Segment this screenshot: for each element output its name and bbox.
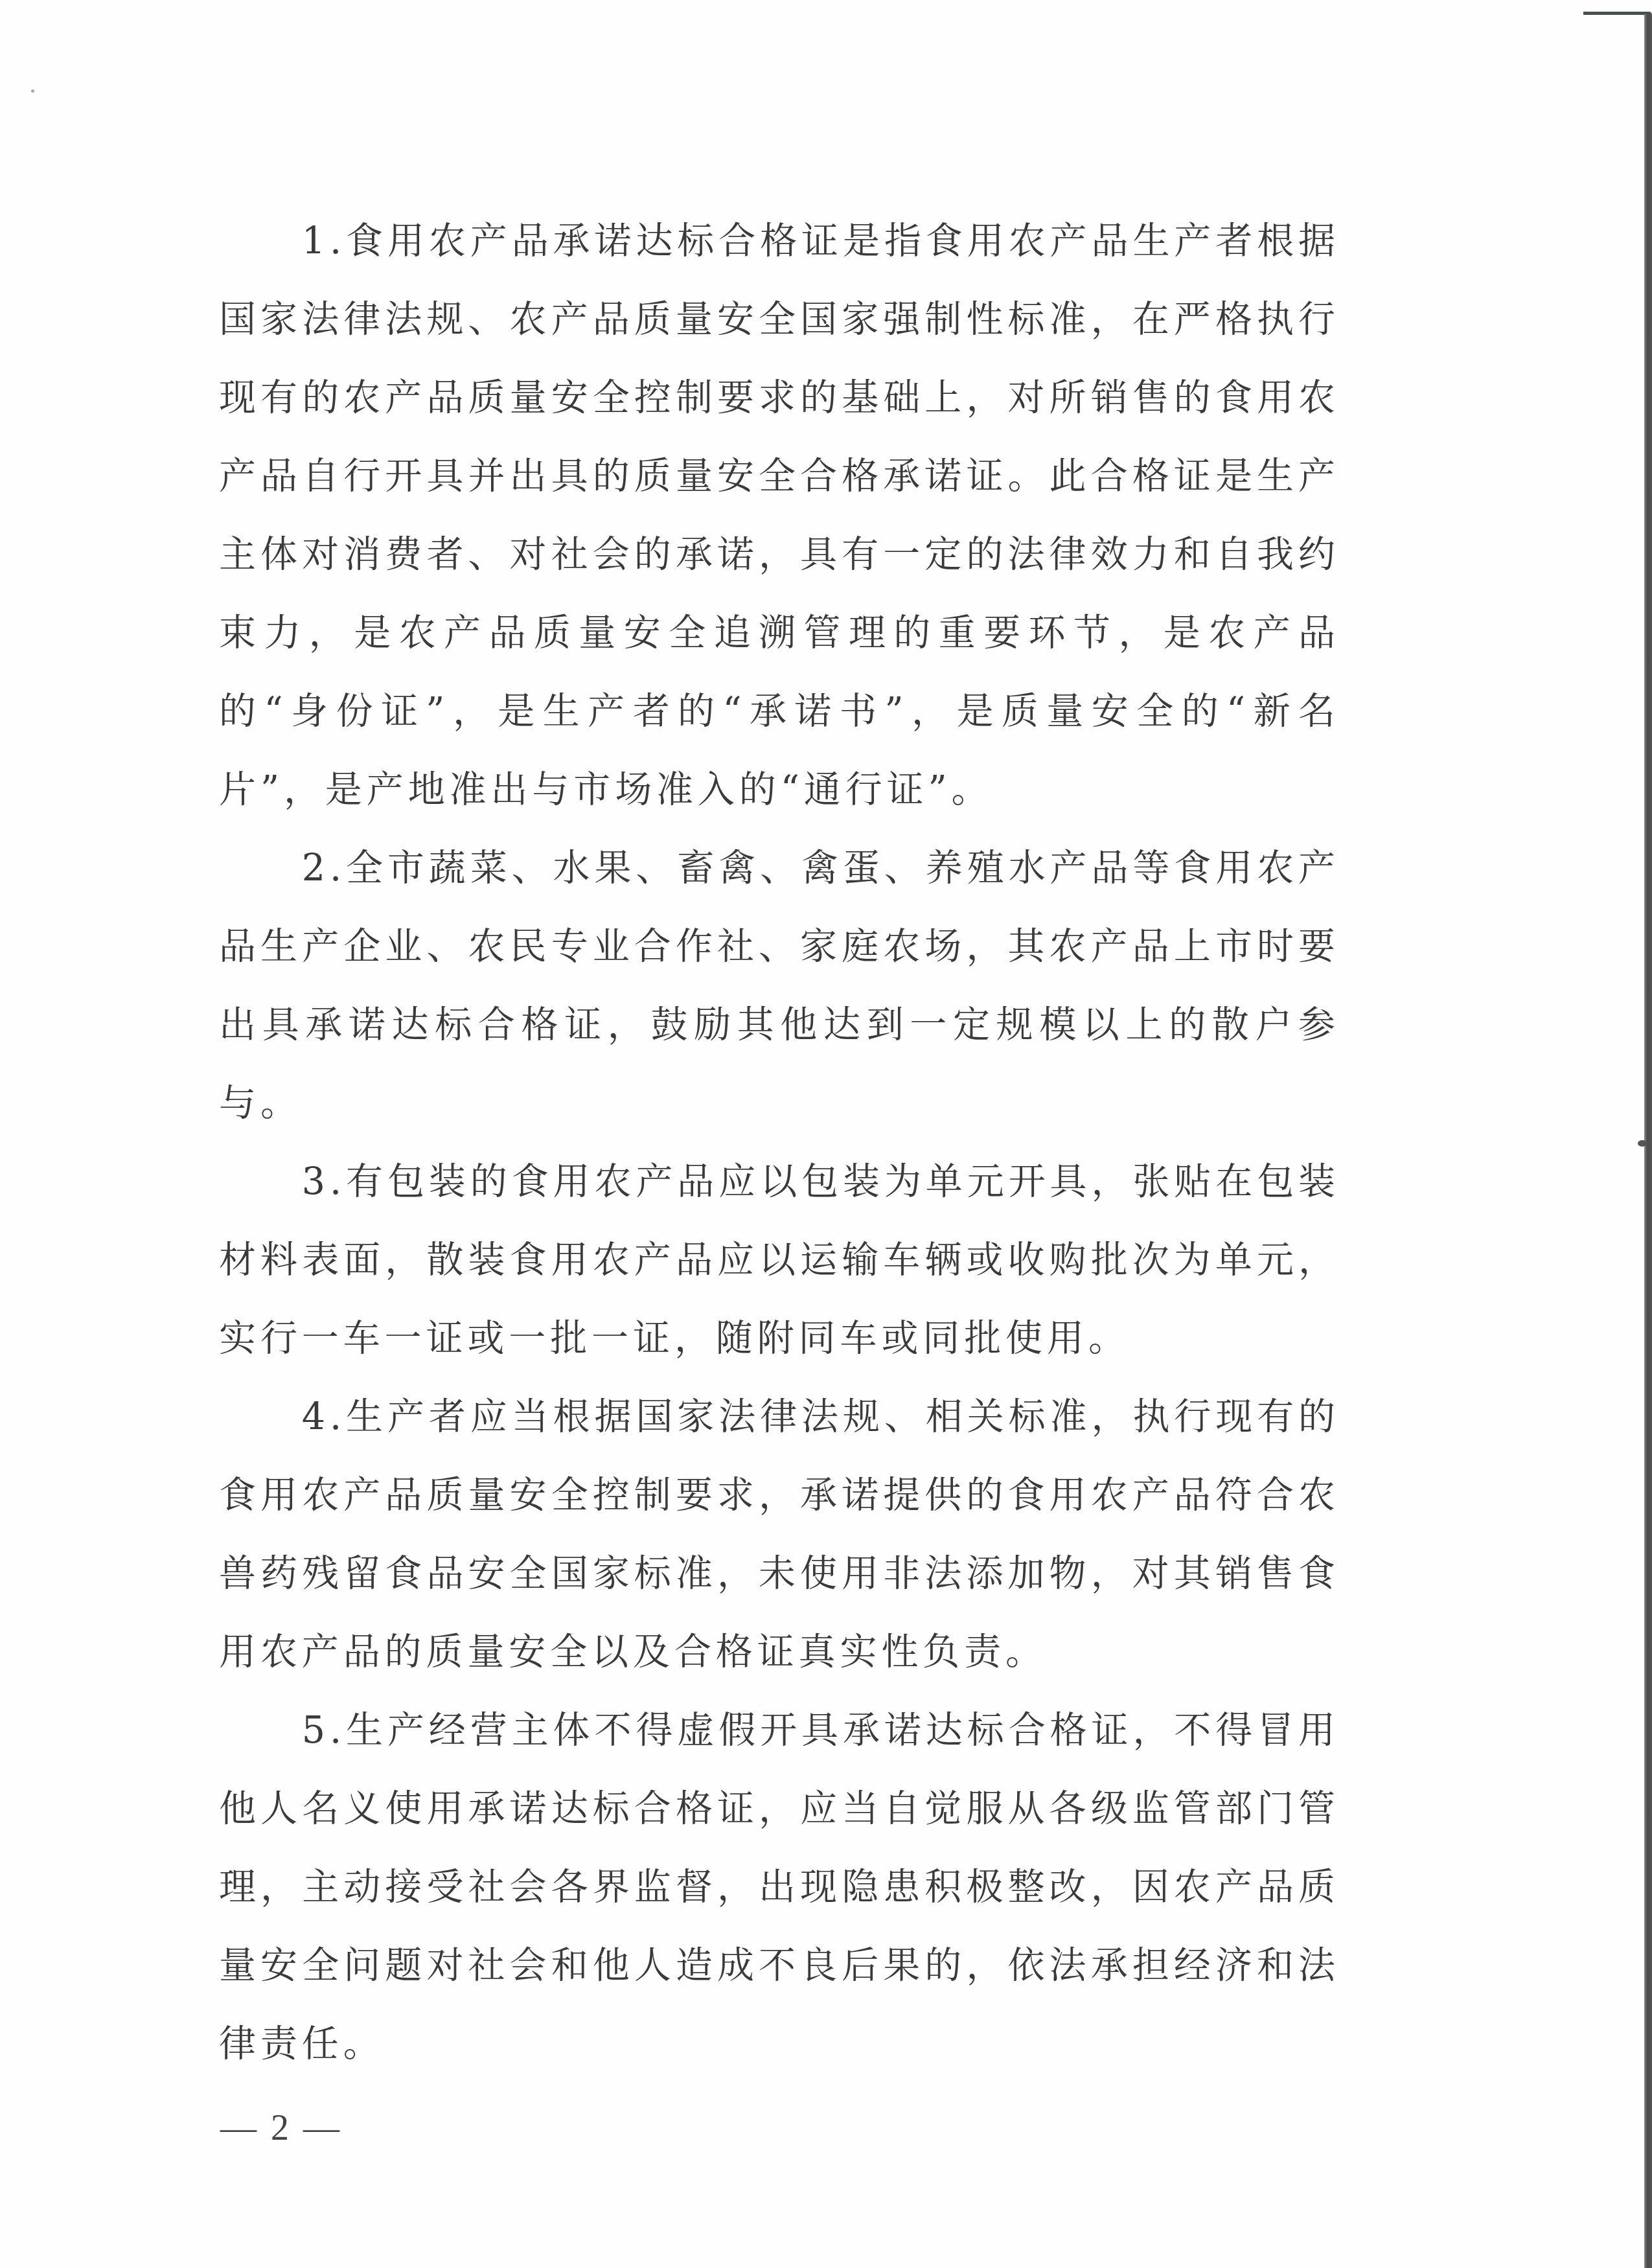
scan-edge-top-artifact (1583, 12, 1652, 15)
scan-speck-artifact (31, 89, 34, 93)
paragraph-3: 3.有包装的食用农产品应以包装为单元开具，张贴在包装材料表面，散装食用农产品应以… (219, 1143, 1340, 1378)
paragraph-5: 5.生产经营主体不得虚假开具承诺达标合格证，不得冒用他人名义使用承诺达标合格证，… (219, 1691, 1340, 2083)
paragraph-2: 2.全市蔬菜、水果、畜禽、禽蛋、养殖水产品等食用农产品生产企业、农民专业合作社、… (219, 829, 1340, 1143)
page-number: — 2 — (220, 2107, 342, 2149)
scanned-page: 1.食用农产品承诺达标合格证是指食用农产品生产者根据国家法律法规、农产品质量安全… (0, 0, 1652, 2268)
paragraph-4: 4.生产者应当根据国家法律法规、相关标准，执行现有的食用农产品质量安全控制要求，… (219, 1378, 1340, 1691)
paragraph-1: 1.食用农产品承诺达标合格证是指食用农产品生产者根据国家法律法规、农产品质量安全… (219, 202, 1340, 829)
scan-speck-artifact (1638, 1140, 1647, 1147)
document-body: 1.食用农产品承诺达标合格证是指食用农产品生产者根据国家法律法规、农产品质量安全… (219, 202, 1340, 2083)
